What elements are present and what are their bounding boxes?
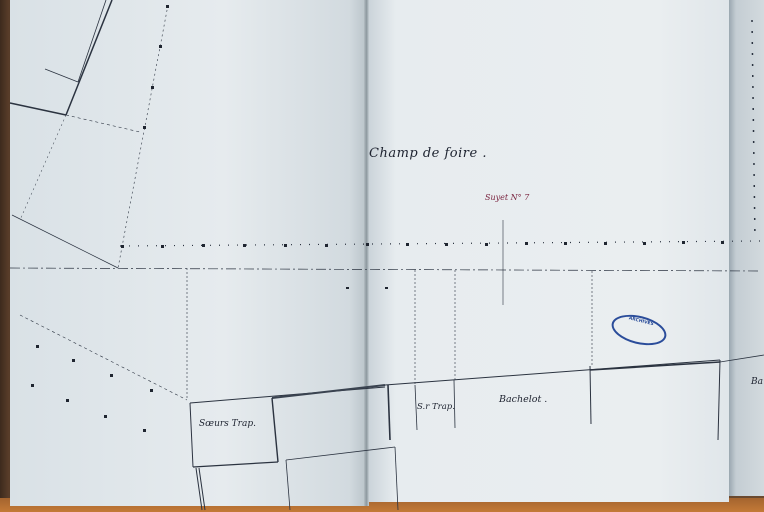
cadastral-plan-lines (0, 0, 764, 512)
pencil-annotation: Suyet N° 7 (485, 193, 529, 202)
parcel-label-bachelot: Bachelot . (499, 394, 547, 405)
parcel-label-sr-trap: S.r Trap. (417, 402, 455, 412)
parcel-label-next-page: Ba (751, 377, 763, 387)
map-title-champ-de-foire: Champ de foire . (369, 146, 487, 161)
photo-scene: Champ de foire . Suyet N° 7 Sœurs Trap. … (0, 0, 764, 512)
parcel-label-soeurs-trap: Sœurs Trap. (199, 419, 256, 429)
